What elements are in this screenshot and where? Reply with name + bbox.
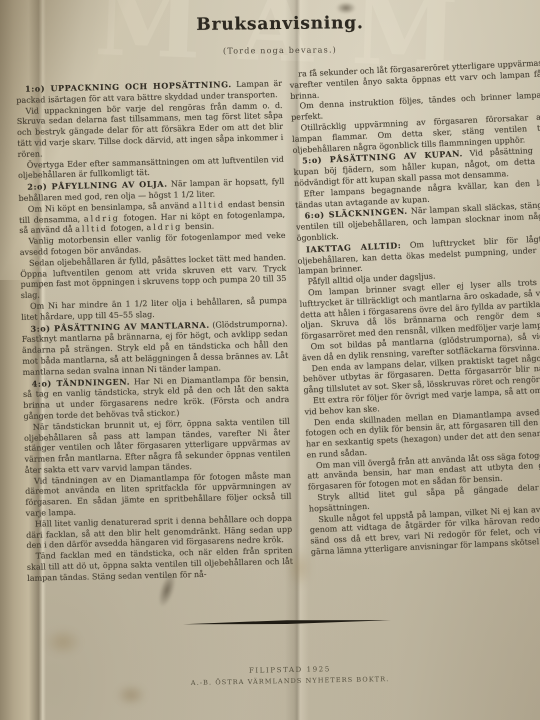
paragraph: 4:o) TÄNDNINGEN. Har Ni en Diamantlampa … [23,372,290,422]
footer: FILIPSTAD 1925 A.-B. ÖSTRA VÄRMLANDS NYH… [140,663,440,688]
body-text: Tänd facklan med en tändsticka, och när … [27,546,293,583]
body-text: Om lampan brinner svagt eller ej lyser a… [299,277,540,341]
paper-document: MAM Bruksanvisning. (Torde noga bevaras.… [0,0,540,720]
body-text: aldrig [146,223,182,233]
body-text: Häll litet vanlig denaturerad sprit i de… [26,514,292,551]
body-text: bensin. [182,222,214,232]
paragraph: Tänd facklan med en tändsticka, och när … [27,546,294,584]
body-text: alltid [75,224,108,234]
right-column: ra få sekunder och låt förgasareröret yt… [289,58,540,558]
paragraph: Sedan oljebehållaren är fylld, påsättes … [20,253,287,302]
body-text: fotogen, [108,223,147,233]
body-text: Vid uppackningen bör varje del rengöras … [17,101,284,159]
paragraph: 3:o) PÅSÄTTNING AV MANTLARNA. (Glödstrum… [21,317,288,378]
document-subtitle: (Torde noga bevaras.) [30,43,530,57]
section-heading: 4:o) TÄNDNINGEN. [32,376,130,388]
body-text: Vid tändningen av en Diamantlampa för fo… [25,471,291,518]
paragraph: Vid uppackningen bör varje del rengöras … [17,101,284,161]
paragraph: Vid tändningen av en Diamantlampa för fo… [25,471,292,520]
tapered-divider-rule [183,617,391,628]
body-text: När tändstickan brunnit ut, ej förr, öpp… [24,417,291,475]
footer-printer: A.-B. ÖSTRA VÄRMLANDS NYHETERS BOKTR. [140,674,440,688]
body-text: alltid [192,200,225,210]
paper-stain [336,2,356,14]
paragraph: När tändstickan brunnit ut, ej förr, öpp… [24,417,291,477]
document-title: Bruksanvisning. [30,11,530,36]
paper-stain [44,628,82,656]
body-text: aldrig [84,213,120,223]
left-column: 1:o) UPPACKNING OCH HOPSÄTTNING. Lampan … [16,78,293,585]
section-heading: 2:o) PÅFYLLNING AV OLJA. [27,179,167,192]
body-text: Sedan oljebehållaren är fylld, påsättes … [20,253,286,300]
